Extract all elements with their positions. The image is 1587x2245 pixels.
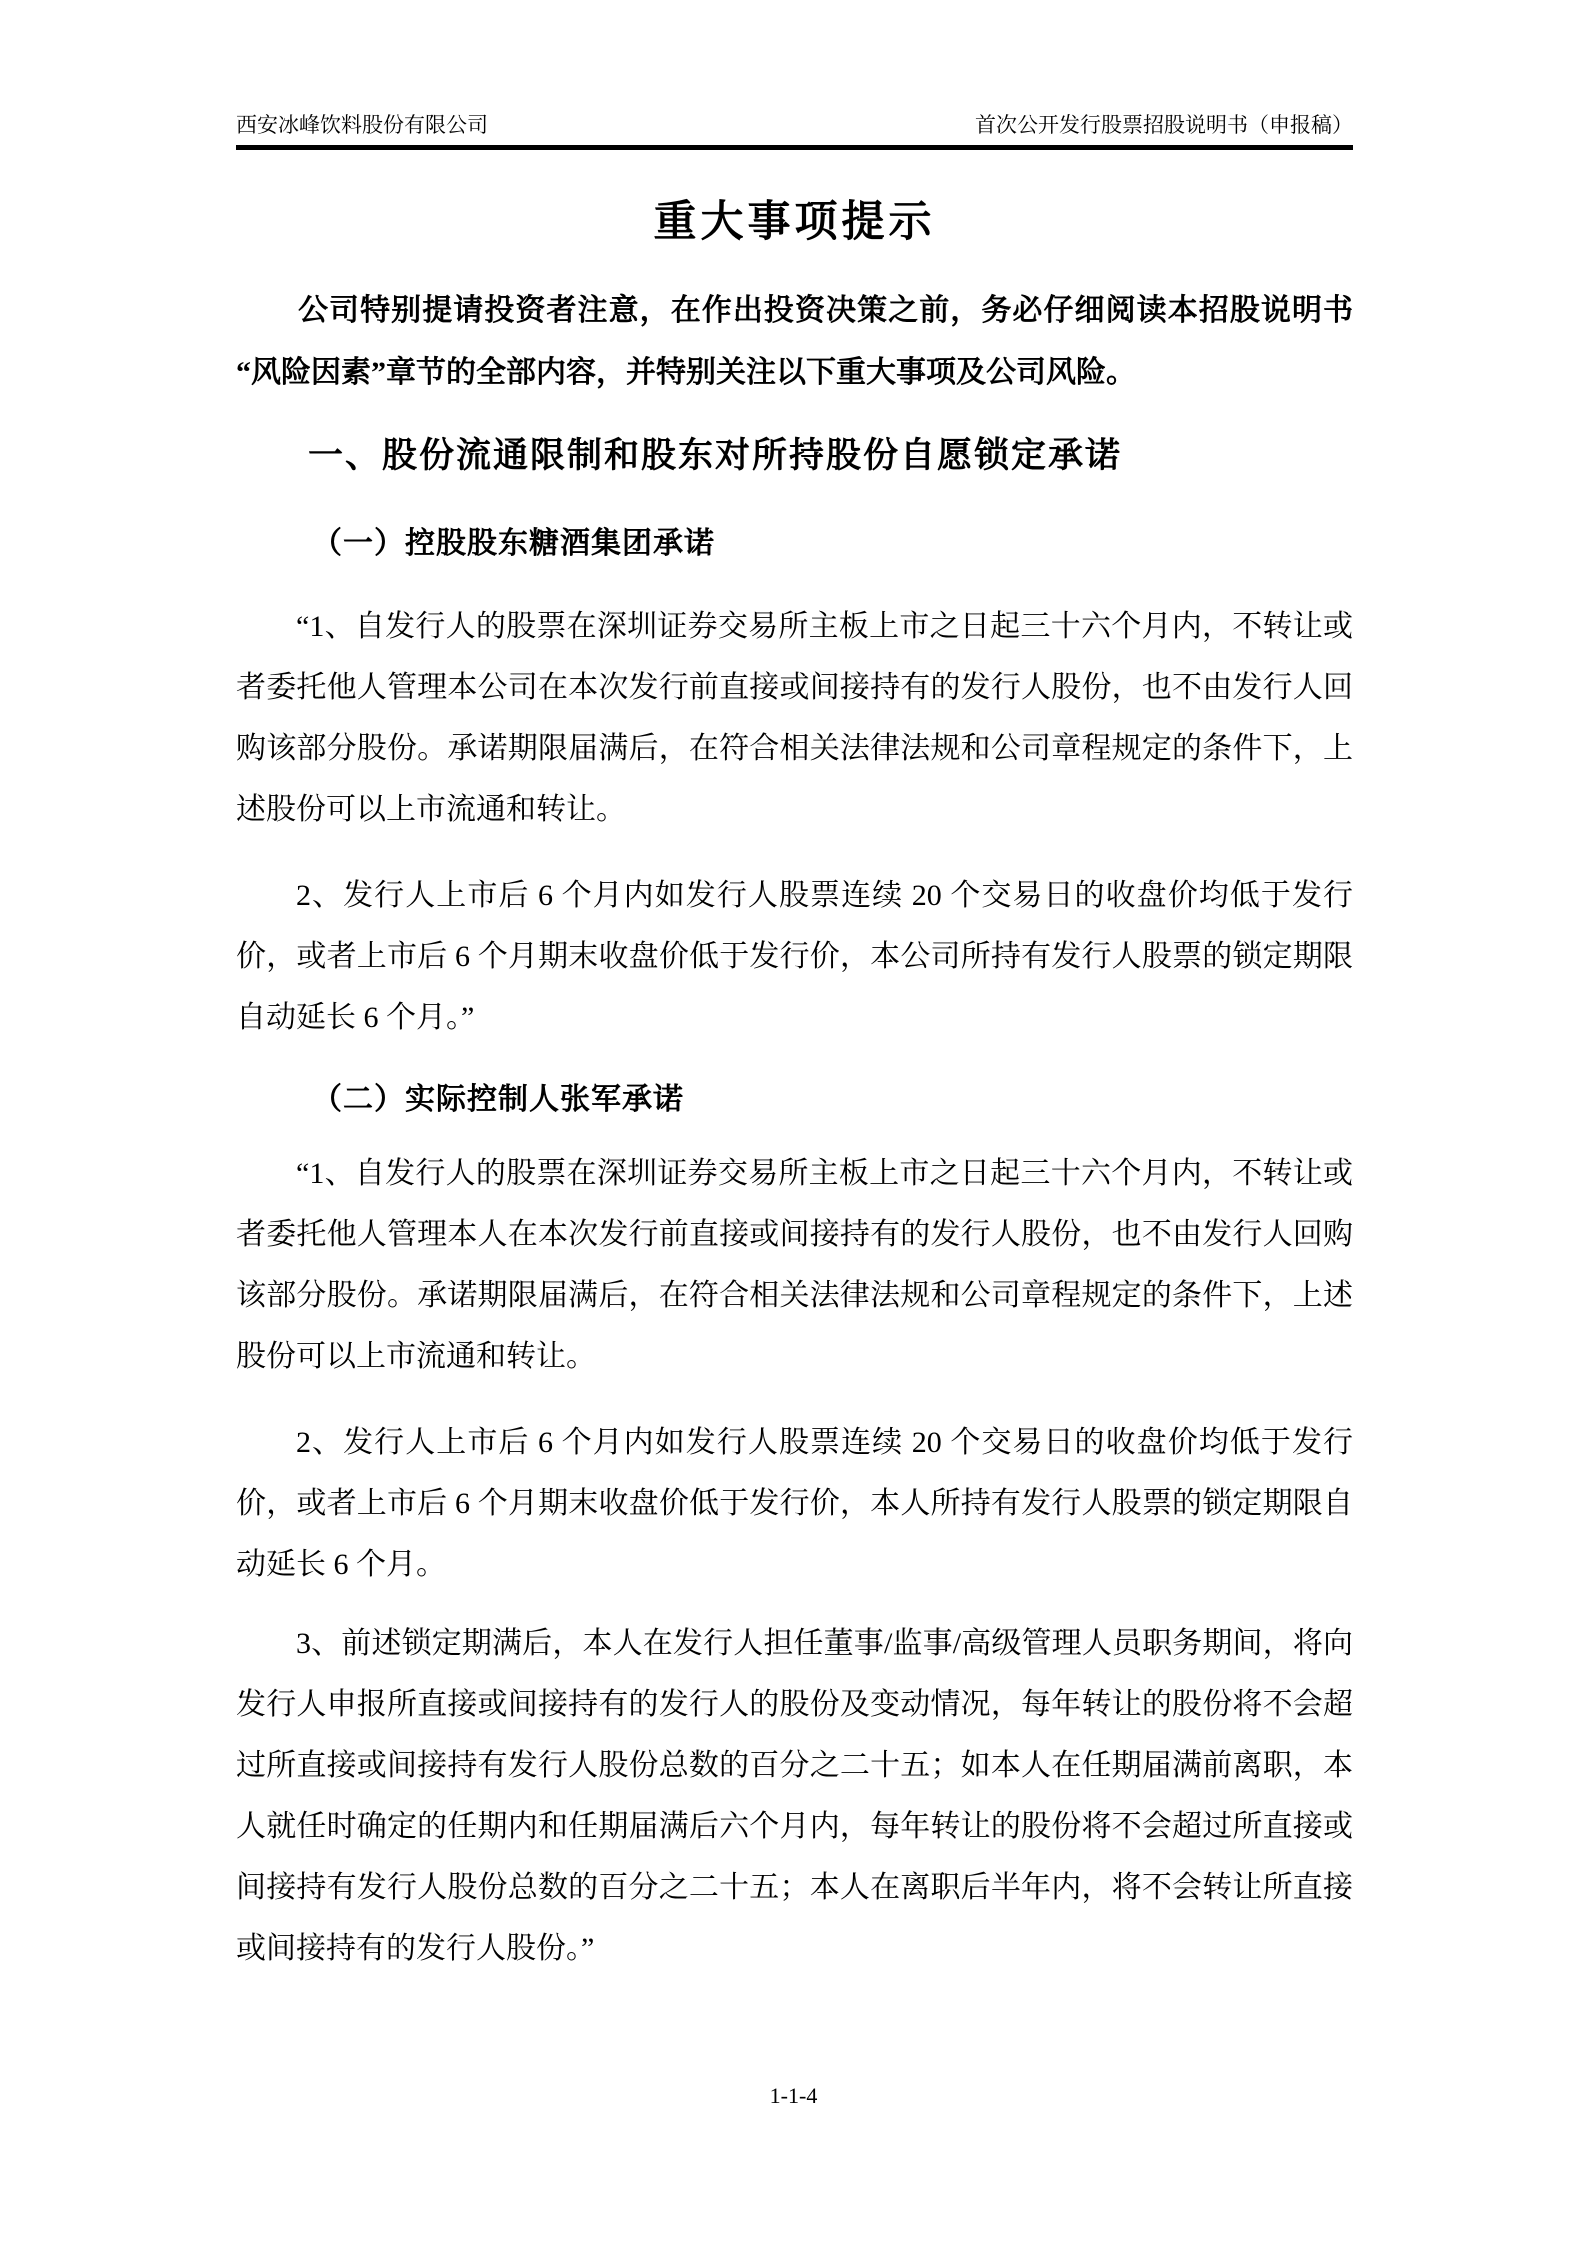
subsection-heading-2: （二）实际控制人张军承诺: [236, 1083, 1353, 1116]
body-paragraph: 2、发行人上市后 6 个月内如发行人股票连续 20 个交易日的收盘价均低于发行价…: [236, 1412, 1353, 1595]
intro-paragraph: 公司特别提请投资者注意，在作出投资决策之前，务必仔细阅读本招股说明书“风险因素”…: [236, 280, 1353, 404]
body-paragraph: 2、发行人上市后 6 个月内如发行人股票连续 20 个交易日的收盘价均低于发行价…: [236, 865, 1353, 1048]
page-header: 西安冰峰饮料股份有限公司 首次公开发行股票招股说明书（申报稿）: [236, 0, 1353, 150]
page-content: 西安冰峰饮料股份有限公司 首次公开发行股票招股说明书（申报稿） 重大事项提示 公…: [236, 0, 1353, 1979]
section-heading-1: 一、股份流通限制和股东对所持股份自愿锁定承诺: [236, 437, 1353, 475]
body-paragraph: “1、自发行人的股票在深圳证券交易所主板上市之日起三十六个月内，不转让或者委托他…: [236, 596, 1353, 840]
document-page: 西安冰峰饮料股份有限公司 首次公开发行股票招股说明书（申报稿） 重大事项提示 公…: [0, 0, 1587, 2245]
header-company-name: 西安冰峰饮料股份有限公司: [236, 112, 488, 138]
page-title: 重大事项提示: [236, 199, 1353, 246]
page-number: 1-1-4: [0, 2083, 1587, 2109]
body-paragraph: 3、前述锁定期满后，本人在发行人担任董事/监事/高级管理人员职务期间，将向发行人…: [236, 1613, 1353, 1979]
header-doc-title: 首次公开发行股票招股说明书（申报稿）: [975, 112, 1353, 138]
body-paragraph: “1、自发行人的股票在深圳证券交易所主板上市之日起三十六个月内，不转让或者委托他…: [236, 1143, 1353, 1387]
subsection-heading-1: （一）控股股东糖酒集团承诺: [236, 527, 1353, 560]
